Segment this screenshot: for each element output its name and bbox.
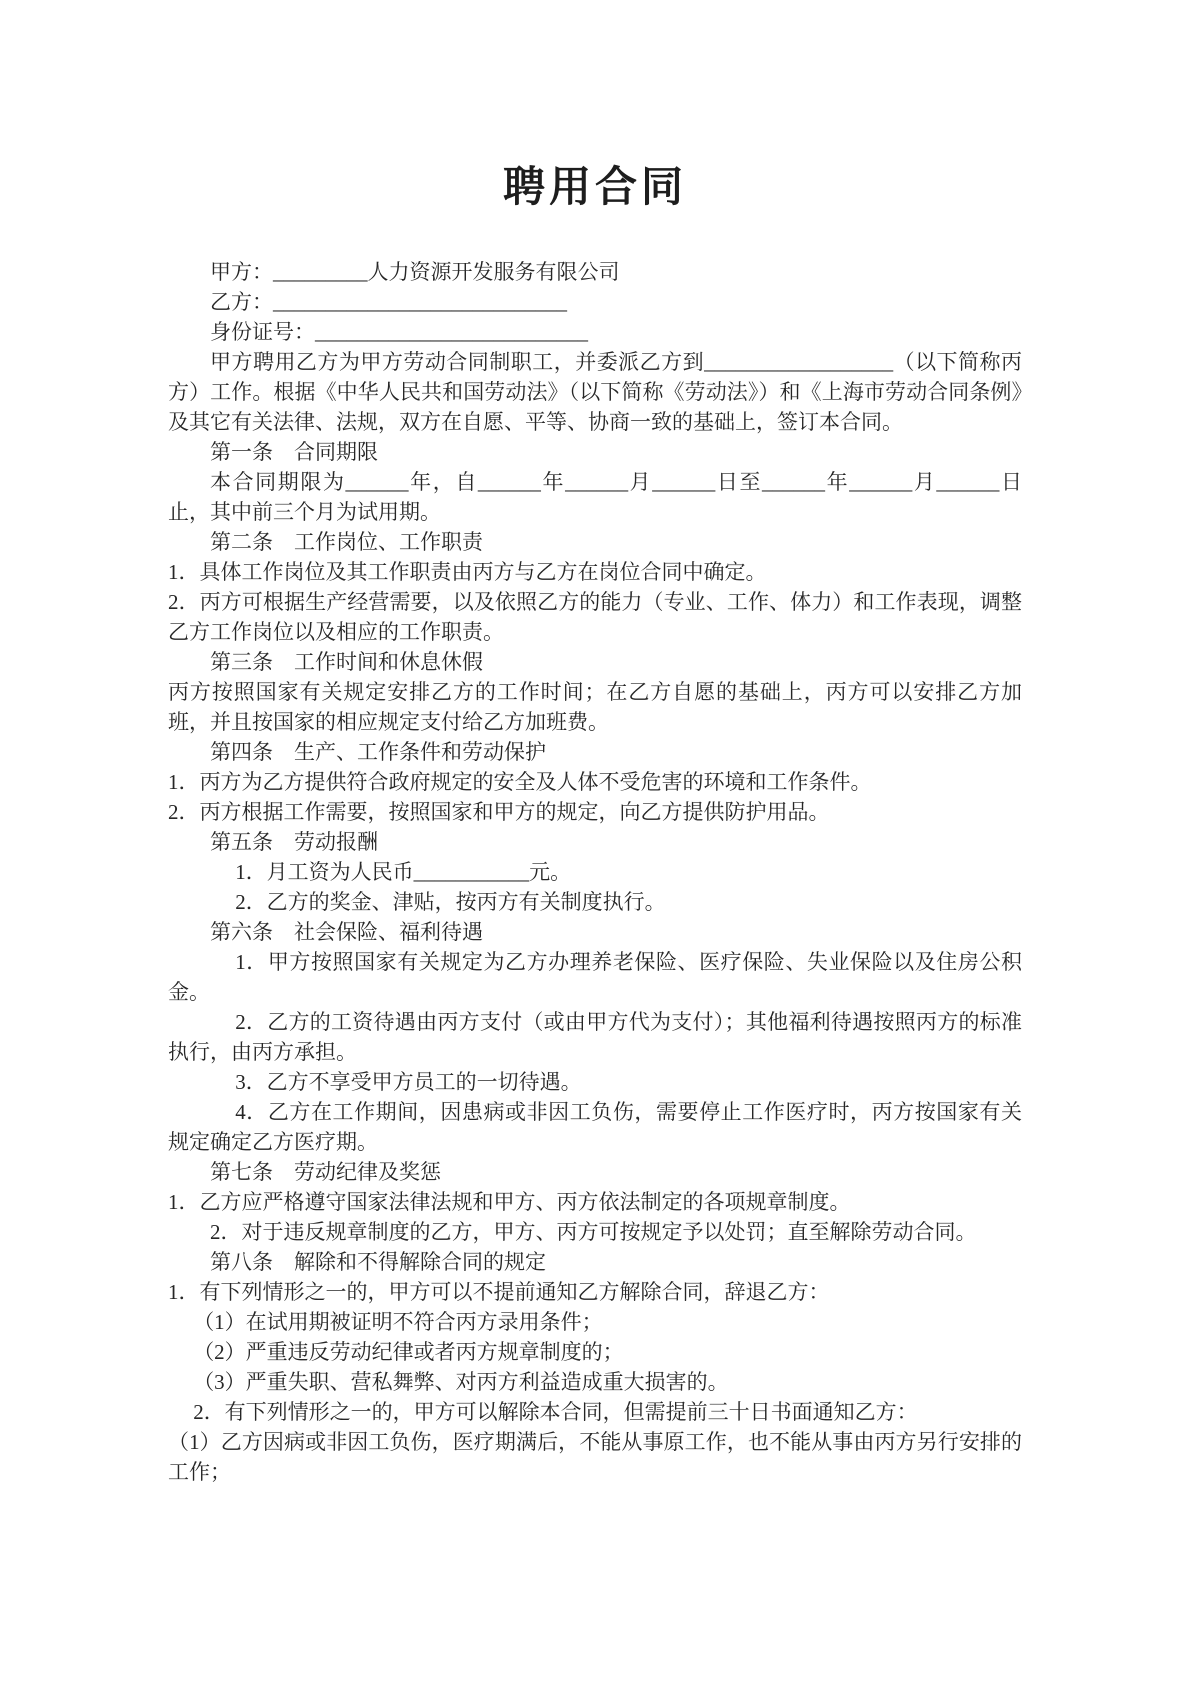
article-2-item-1: 1．具体工作岗位及其工作职责由丙方与乙方在岗位合同中确定。 [168,557,1022,587]
article-2-item-2: 2．丙方可根据生产经营需要，以及依照乙方的能力（专业、工作、体力）和工作表现，调… [168,587,1022,647]
article-5-heading: 第五条 劳动报酬 [168,827,1022,857]
article-5-item-1: 1．月工资为人民币___________元。 [168,857,1022,887]
document-title: 聘用合同 [168,163,1022,213]
article-6-heading: 第六条 社会保险、福利待遇 [168,917,1022,947]
article-3-body: 丙方按照国家有关规定安排乙方的工作时间；在乙方自愿的基础上，丙方可以安排乙方加班… [168,677,1022,737]
article-8-item-1-sub-1: （1）在试用期被证明不符合丙方录用条件； [168,1307,1022,1337]
article-7-item-1: 1．乙方应严格遵守国家法律法规和甲方、丙方依法制定的各项规章制度。 [168,1187,1022,1217]
contract-page: 聘用合同 甲方：_________人力资源开发服务有限公司乙方：________… [0,0,1190,1683]
article-4-item-1: 1．丙方为乙方提供符合政府规定的安全及人体不受危害的环境和工作条件。 [168,767,1022,797]
article-7-item-2: 2．对于违反规章制度的乙方，甲方、丙方可按规定予以处罚；直至解除劳动合同。 [168,1217,1022,1247]
preamble: 甲方聘用乙方为甲方劳动合同制职工，并委派乙方到_________________… [168,347,1022,437]
article-7-heading: 第七条 劳动纪律及奖惩 [168,1157,1022,1187]
party-b-line: 乙方：____________________________ [168,287,1022,317]
article-8-item-2-sub-1: （1）乙方因病或非因工负伤，医疗期满后，不能从事原工作，也不能从事由丙方另行安排… [168,1427,1022,1487]
article-6-item-1: 1．甲方按照国家有关规定为乙方办理养老保险、医疗保险、失业保险以及住房公积金。 [168,947,1022,1007]
article-6-item-3: 3．乙方不享受甲方员工的一切待遇。 [168,1067,1022,1097]
article-5-item-2: 2．乙方的奖金、津贴，按丙方有关制度执行。 [168,887,1022,917]
article-8-item-1-sub-3: （3）严重失职、营私舞弊、对丙方利益造成重大损害的。 [168,1367,1022,1397]
article-8-item-2: 2．有下列情形之一的，甲方可以解除本合同，但需提前三十日书面通知乙方： [168,1397,1022,1427]
contract-body: 甲方：_________人力资源开发服务有限公司乙方：_____________… [168,257,1022,1487]
article-1-term: 本合同期限为______年，自______年______月______日至___… [168,467,1022,527]
id-number-line: 身份证号：__________________________ [168,317,1022,347]
article-8-item-1-sub-2: （2）严重违反劳动纪律或者丙方规章制度的； [168,1337,1022,1367]
article-4-item-2: 2．丙方根据工作需要，按照国家和甲方的规定，向乙方提供防护用品。 [168,797,1022,827]
article-8-heading: 第八条 解除和不得解除合同的规定 [168,1247,1022,1277]
article-6-item-2: 2．乙方的工资待遇由丙方支付（或由甲方代为支付）；其他福利待遇按照丙方的标准执行… [168,1007,1022,1067]
article-8-item-1: 1．有下列情形之一的，甲方可以不提前通知乙方解除合同，辞退乙方： [168,1277,1022,1307]
article-3-heading: 第三条 工作时间和休息休假 [168,647,1022,677]
party-a-line: 甲方：_________人力资源开发服务有限公司 [168,257,1022,287]
article-2-heading: 第二条 工作岗位、工作职责 [168,527,1022,557]
article-4-heading: 第四条 生产、工作条件和劳动保护 [168,737,1022,767]
article-1-heading: 第一条 合同期限 [168,437,1022,467]
article-6-item-4: 4．乙方在工作期间，因患病或非因工负伤，需要停止工作医疗时，丙方按国家有关规定确… [168,1097,1022,1157]
